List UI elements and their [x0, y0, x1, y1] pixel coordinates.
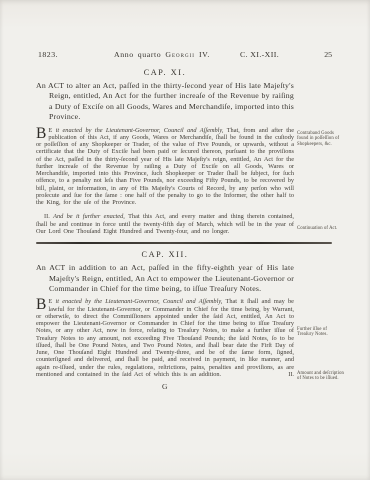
- cap11-section2-paragraph: II. And be it further enacted, That this…: [36, 213, 294, 235]
- cap12-section1-text: That it ſhall and may be lawful for the …: [36, 298, 294, 378]
- header-running-title: Anno quarto Georgii IV.: [114, 50, 210, 59]
- cap11-section1-text: That, from and after the publication of …: [36, 127, 294, 207]
- running-title-suffix: IV.: [195, 50, 210, 59]
- margin-note-continuation: Continuation of Act.: [297, 226, 344, 231]
- margin-note-amount-description: Amount and deſcription of Notes to be iſ…: [297, 371, 344, 382]
- cap11-drop-cap: B: [36, 127, 48, 141]
- cap12-enacting-formula: it enacted by the Lieutenant-Governor, C…: [52, 298, 222, 305]
- cap11-heading: CAP. XI.: [36, 68, 294, 77]
- header-chapter-range: C. XI.-XII.: [240, 50, 279, 59]
- header-page-number: 25: [324, 50, 332, 59]
- margin-note-further-issue: Further iſſue of Treaſury Notes.: [297, 327, 344, 338]
- cap12-heading: CAP. XII.: [36, 250, 294, 259]
- cap11-section2-lead: And be it further enacted,: [53, 213, 125, 220]
- catchword-next-section: II.: [288, 371, 294, 378]
- header-year: 1823.: [38, 50, 58, 59]
- cap11-enacting-formula: it enacted by the Lieutenant-Governor, C…: [52, 127, 223, 134]
- page-content-column: 1823. Anno quarto Georgii IV. C. XI.-XII…: [36, 50, 294, 391]
- running-title-king: Georgii: [165, 50, 195, 59]
- signature-mark: G: [36, 382, 294, 391]
- running-title-prefix: Anno quarto: [114, 50, 165, 59]
- cap11-section1-paragraph: BE it enacted by the Lieutenant-Governor…: [36, 127, 294, 207]
- margin-note-contraband-goods: Contraband Goods found in poſſeſſion of …: [297, 131, 344, 147]
- section-divider-rule: [36, 242, 332, 244]
- scanned-statute-page: 1823. Anno quarto Georgii IV. C. XI.-XII…: [0, 0, 370, 480]
- cap12-drop-cap: B: [36, 298, 48, 312]
- cap11-act-title: An ACT to alter an Act, paſſed in the th…: [36, 81, 294, 123]
- cap12-act-title: An ACT in addition to an Act, paſſed in …: [36, 263, 294, 294]
- page-header: 1823. Anno quarto Georgii IV. C. XI.-XII…: [36, 50, 332, 62]
- cap11-section2-number: II.: [44, 213, 53, 220]
- cap12-section1-paragraph: BE it enacted by the Lieutenant-Governor…: [36, 298, 294, 378]
